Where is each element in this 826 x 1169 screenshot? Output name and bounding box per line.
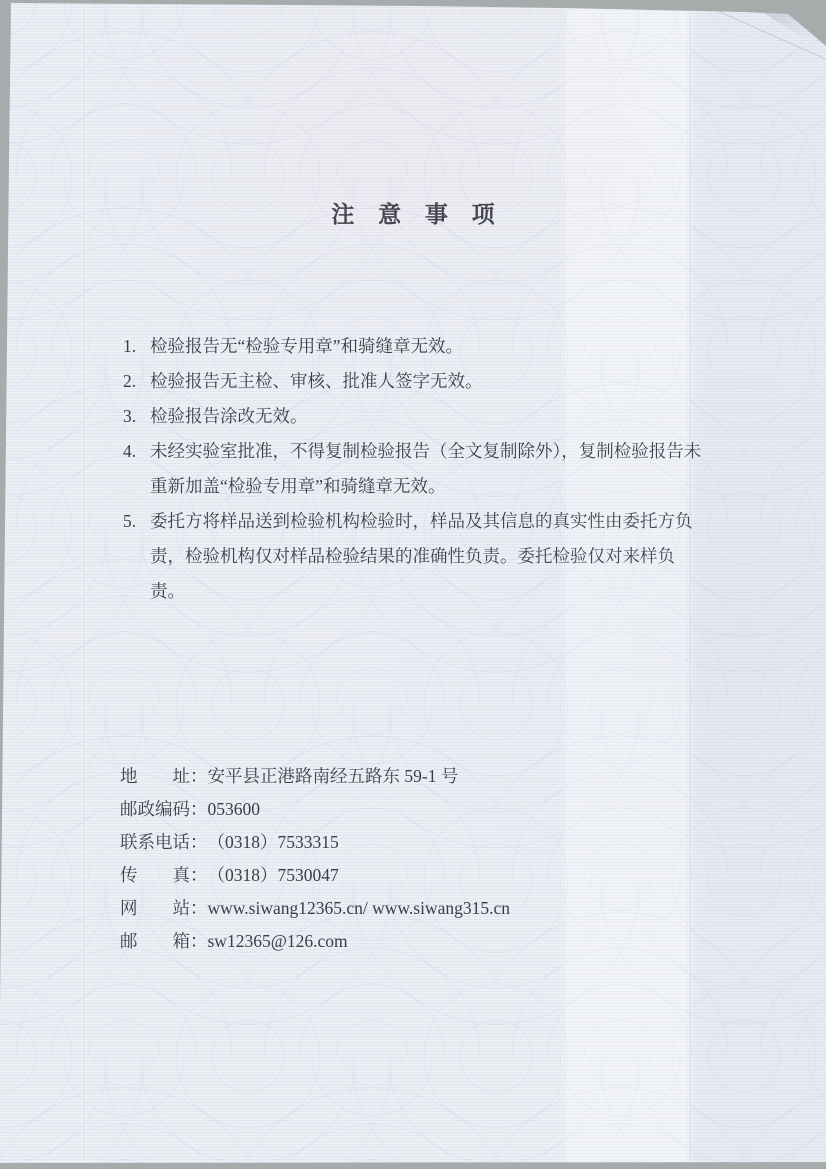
note-text: 委托方将样品送到检验机构检验时，样品及其信息的真实性由委托方负责，检验机构仅对样… [150,504,708,609]
guilloche-pattern [0,0,826,1169]
paper-crease-line [770,0,772,1169]
contact-row-postcode: 邮政编码： 053600 [120,793,510,826]
contact-value: 053600 [208,793,261,826]
corner-fold-shadow [762,12,826,52]
note-text: 检验报告无主检、审核、批准人签字无效。 [150,364,708,399]
contact-label: 地 址： [120,760,208,793]
note-item: 2. 检验报告无主检、审核、批准人签字无效。 [123,364,708,399]
contact-row-email: 邮 箱： sw12365@126.com [120,925,510,958]
paper-crease-line [563,0,565,1169]
note-item: 5. 委托方将样品送到检验机构检验时，样品及其信息的真实性由委托方负责，检验机构… [123,504,708,609]
contact-value: 安平县正港路南经五路东 59-1 号 [208,760,459,793]
note-number: 2. [123,364,150,399]
contact-row-website: 网 站： www.siwang12365.cn/ www.siwang315.c… [120,892,510,925]
note-number: 3. [123,399,150,434]
contact-value: （0318）7533315 [208,826,339,859]
page-title: 注 意 事 项 [0,196,826,229]
contact-label: 网 站： [120,892,208,925]
contact-label: 传 真： [120,859,208,892]
note-number: 5. [123,504,150,609]
document-page: 注 意 事 项 1. 检验报告无“检验专用章”和骑缝章无效。 2. 检验报告无主… [0,0,826,1169]
contact-row-fax: 传 真： （0318）7530047 [120,859,510,892]
scan-background: 注 意 事 项 1. 检验报告无“检验专用章”和骑缝章无效。 2. 检验报告无主… [0,0,826,1169]
corner-fold-line [706,6,826,68]
note-text: 未经实验室批准，不得复制检验报告（全文复制除外），复制检验报告未重新加盖“检验专… [150,434,708,504]
contact-value: www.siwang12365.cn/ www.siwang315.cn [208,892,510,925]
note-item: 1. 检验报告无“检验专用章”和骑缝章无效。 [123,329,708,364]
contact-row-phone: 联系电话： （0318）7533315 [120,826,510,859]
contact-label: 联系电话： [120,826,208,859]
note-number: 4. [123,434,150,504]
notes-list: 1. 检验报告无“检验专用章”和骑缝章无效。 2. 检验报告无主检、审核、批准人… [123,329,708,609]
paper-crease-line [82,0,84,1169]
contact-value: （0318）7530047 [208,859,339,892]
contact-label: 邮政编码： [120,793,208,826]
note-item: 3. 检验报告涂改无效。 [123,399,708,434]
contact-value: sw12365@126.com [208,925,348,958]
paper-light-band [565,0,687,1169]
note-item: 4. 未经实验室批准，不得复制检验报告（全文复制除外），复制检验报告未重新加盖“… [123,434,708,504]
contact-block: 地 址： 安平县正港路南经五路东 59-1 号 邮政编码： 053600 联系电… [120,760,510,958]
note-number: 1. [123,329,150,364]
note-text: 检验报告无“检验专用章”和骑缝章无效。 [150,329,708,364]
contact-row-address: 地 址： 安平县正港路南经五路东 59-1 号 [120,760,510,793]
paper-crease-line [688,0,690,1169]
contact-label: 邮 箱： [120,925,208,958]
note-text: 检验报告涂改无效。 [150,399,708,434]
